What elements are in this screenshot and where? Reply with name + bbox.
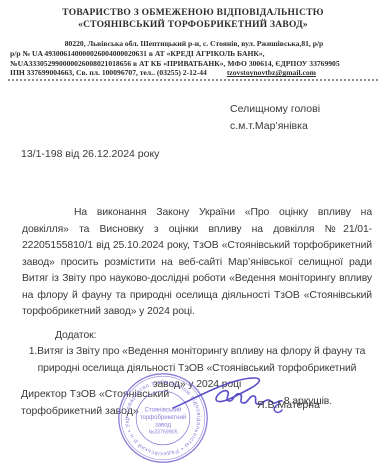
email-link[interactable]: tzovstoynovtbz@gmail.com [227,68,316,78]
letterhead-divider [8,79,378,81]
letterhead: ТОВАРИСТВО З ОБМЕЖЕНОЮ ВІДПОВІДАЛЬНІСТЮ … [0,7,386,31]
recipient-block: Селищному голові с.м.т.Мар’янівка [230,101,320,135]
recipient-title: Селищному голові [230,101,320,118]
reference-number: 13/1-198 від 26.12.2024 року [21,148,159,160]
contact-line: ІПН 337699004663, Св. пл. 100096707, тел… [10,68,207,78]
company-name-line2: «СТОЯНІВСЬКИЙ ТОРФОБРИКЕТНИЙ ЗАВОД» [0,19,386,31]
scanned-letter: ТОВАРИСТВО З ОБМЕЖЕНОЮ ВІДПОВІДАЛЬНІСТЮ … [0,0,386,466]
recipient-location: с.м.т.Мар’янівка [230,118,320,135]
body-paragraph: На виконання Закону України «Про оцінку … [22,205,372,321]
stamp-center-line: завод [155,422,171,428]
address-line: 80220, Львівська обл. Шептицький р-н, с.… [10,39,378,49]
signatory-name: Я.В.Матерна [257,399,320,411]
company-name-line1: ТОВАРИСТВО З ОБМЕЖЕНОЮ ВІДПОВІДАЛЬНІСТЮ [0,7,386,19]
stamp-center-line: №33769905 [149,430,178,436]
attachment-label: Додаток: [22,328,372,345]
letterhead-address-block: 80220, Львівська обл. Шептицький р-н, с.… [10,39,378,78]
address-line: №UA333052990000026008021018656 в АТ КБ «… [10,59,378,69]
contact-row: ІПН 337699004663, Св. пл. 100096707, тел… [10,68,378,78]
address-line: р/р № UA 493006140000026004000020631 в А… [10,49,378,59]
